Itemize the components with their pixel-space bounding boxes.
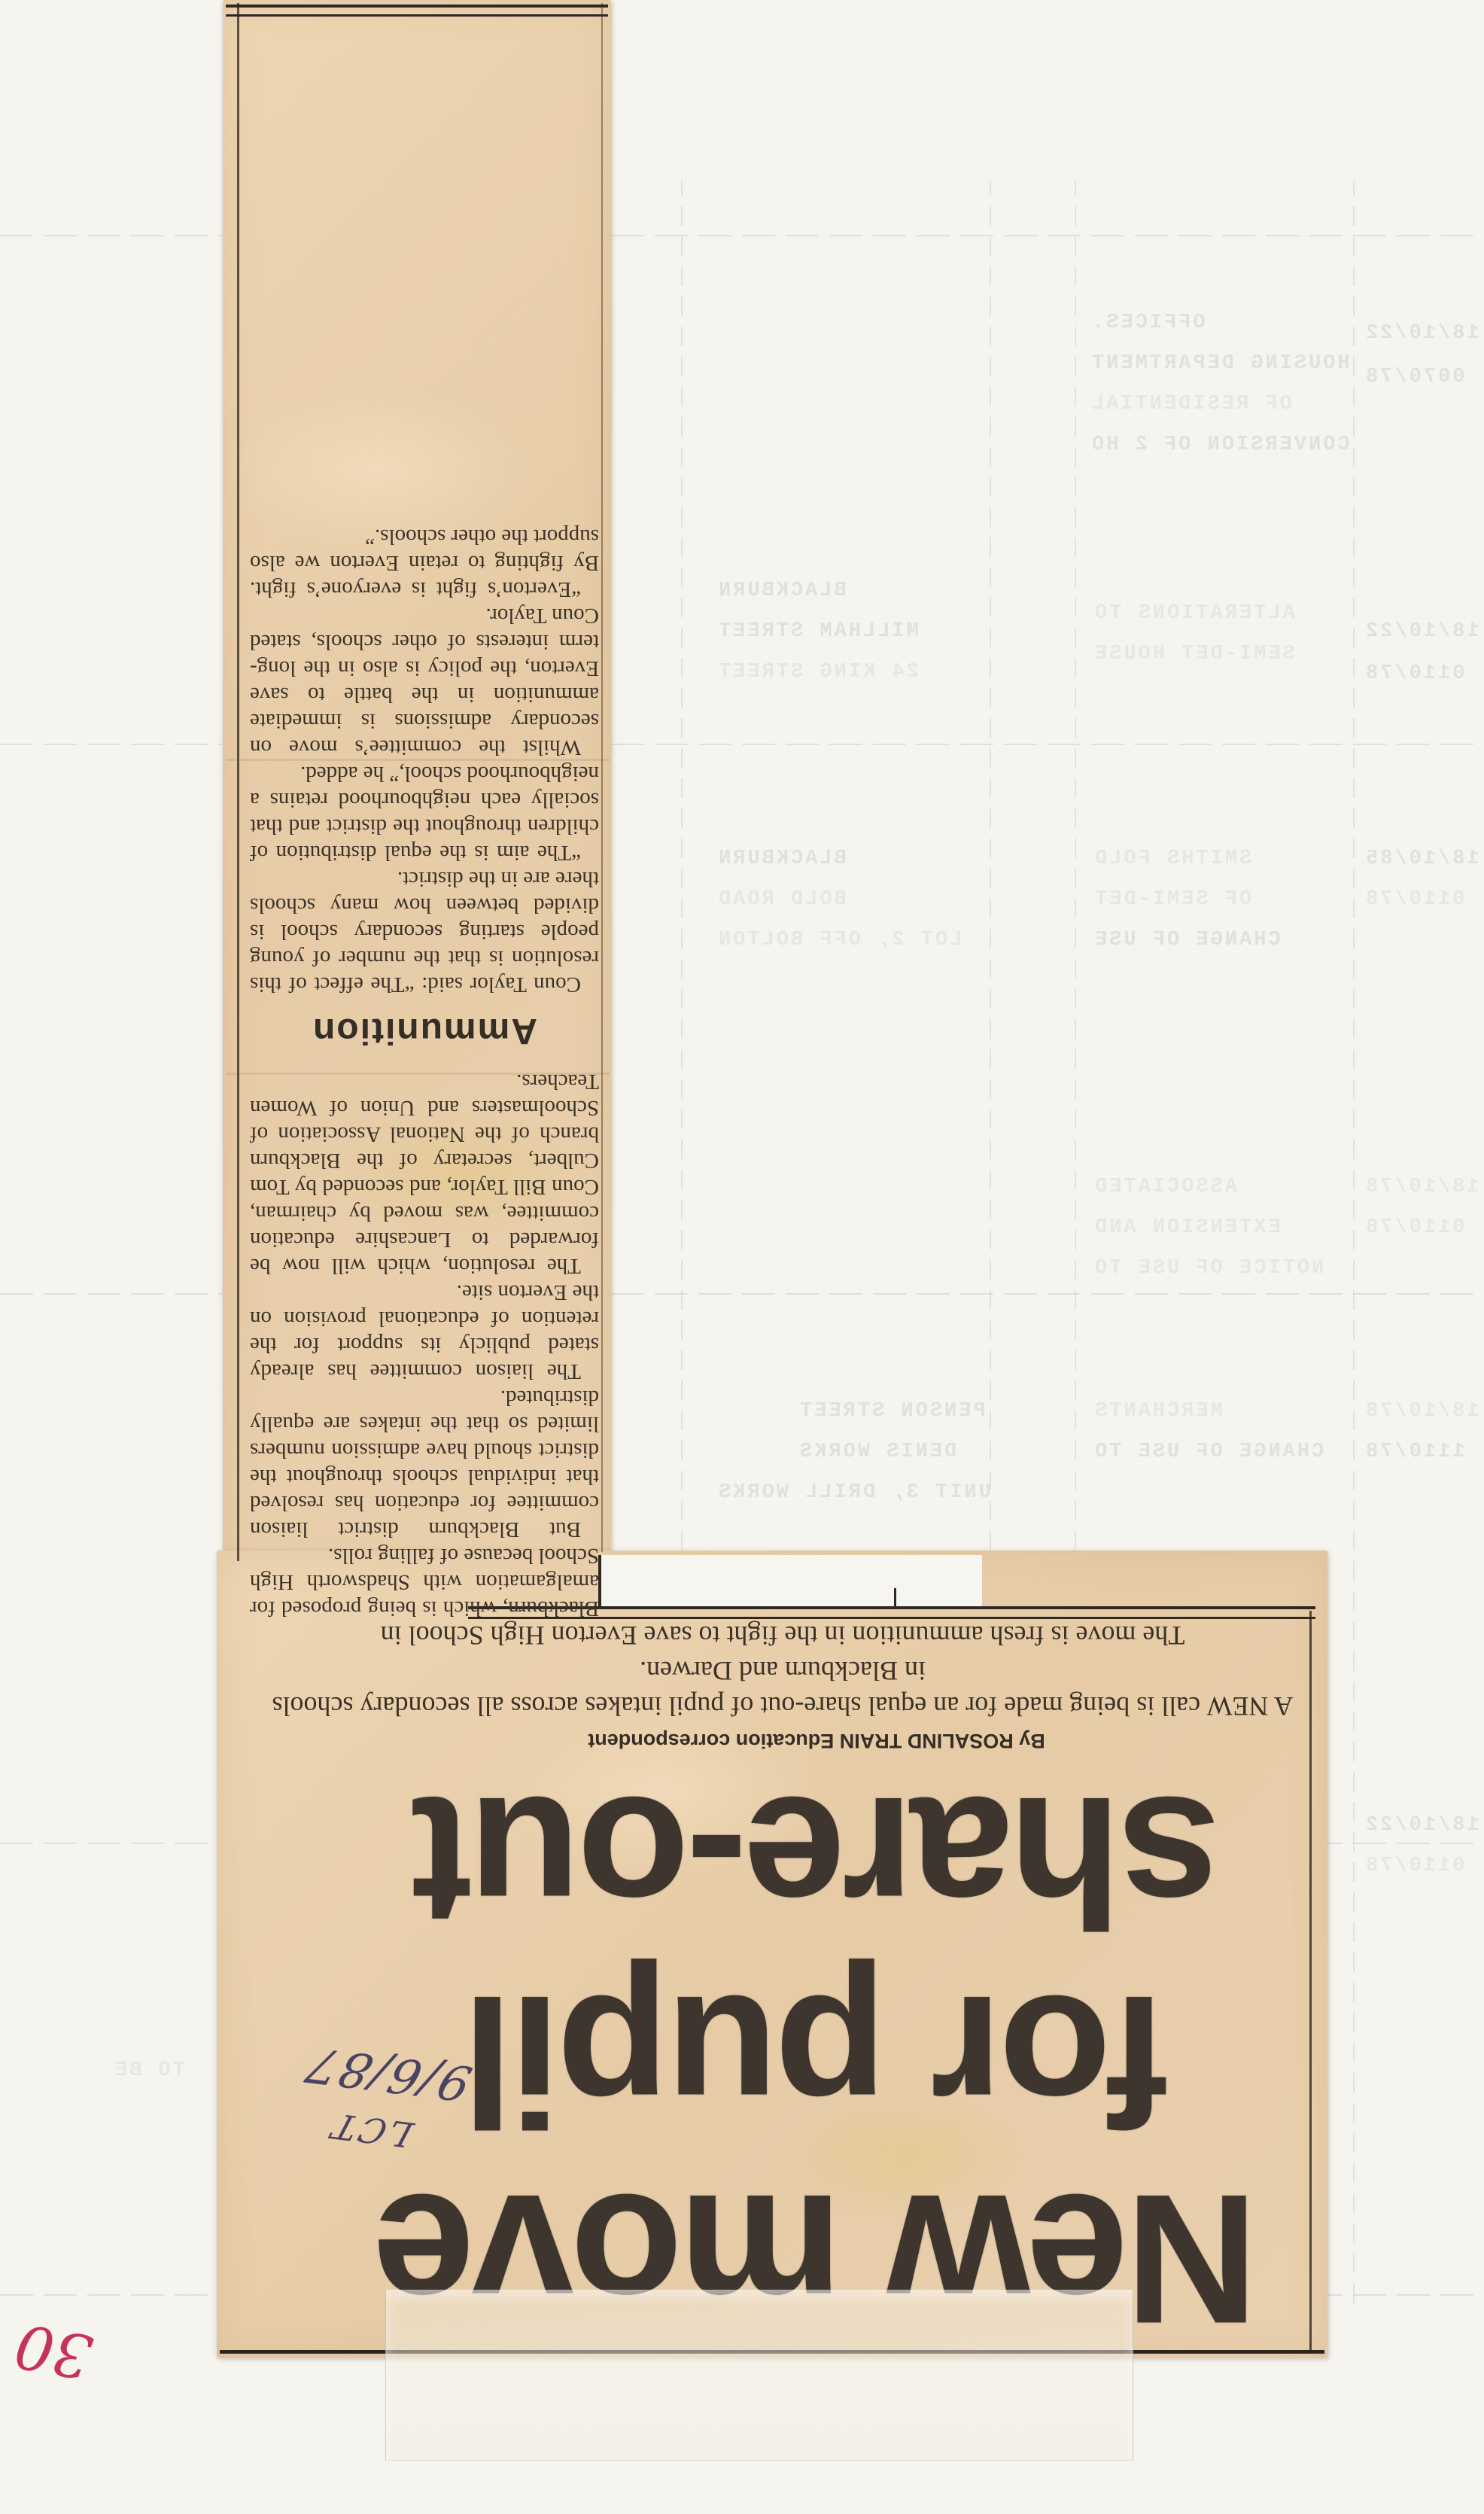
bleed-through-text: OF SEMI-DET: [1093, 888, 1251, 911]
bleed-through-text: 0070/78: [1364, 366, 1464, 388]
article-paragraph: Ammunition: [250, 1012, 599, 1049]
article-lead: A NEW call is being made for an equal sh…: [259, 1618, 1306, 1724]
article-paragraph: The liaison committee has already stated…: [250, 1279, 599, 1384]
bleed-through-text: HOUSING DEPARTMENT: [1090, 352, 1350, 375]
headline-line: share-out: [319, 1763, 1315, 1962]
bleed-through-text: OF RESIDENTIAL: [1090, 393, 1292, 415]
bleed-through-text: 1110/78: [1364, 1441, 1464, 1463]
article-paragraph: Coun Taylor said: “The effect of this re…: [250, 866, 599, 997]
article-paragraph: “Everton’s fight is everyone’s fight. By…: [250, 523, 599, 602]
article-paragraph: But Blackburn district liaison committee…: [250, 1384, 599, 1542]
bleed-through-text: CHANGE OF USE TO: [1093, 1441, 1324, 1463]
bleed-through-text: ALTERATIONS TO: [1093, 602, 1295, 625]
bleed-through-text: 18/10/78: [1364, 1400, 1479, 1423]
article-paragraph: “The aim is the equal distribution of ch…: [250, 760, 599, 866]
bleed-through-text: 18/10/78: [1364, 1176, 1479, 1198]
bleed-through-text: 18/10/22: [1364, 322, 1479, 345]
bleed-through-text: MILLHAM STREET: [716, 620, 919, 643]
bleed-through-text: MERCHANTS: [1093, 1400, 1223, 1423]
bleed-through-text: EXTENSION AND: [1093, 1216, 1281, 1239]
lead-paragraph: The move is fresh ammunition in the figh…: [259, 1618, 1306, 1653]
bleed-through-text: UNIT 3, DRILL WORKS: [716, 1481, 991, 1504]
bleed-through-text: LOT 2, OFF BOLTON: [716, 929, 962, 951]
bleed-through-text: CHANGE OF USE: [1093, 929, 1281, 951]
printed-column-rule: [237, 3, 239, 1561]
bleed-through-text: SMITHS FOLD: [1093, 848, 1251, 870]
printed-double-rule: [226, 5, 608, 17]
bleed-column-rule: [1353, 181, 1355, 2303]
bleed-through-text: PENSON STREET: [798, 1400, 986, 1423]
bleed-through-text: 18/10/22: [1364, 1814, 1479, 1837]
sticky-tape: [385, 2290, 1133, 2461]
bleed-through-text: DENIS WORKS: [798, 1441, 956, 1463]
bleed-through-text: TO BE: [113, 2059, 185, 2082]
bleed-through-text: 18/10/85: [1364, 848, 1479, 870]
scrapbook-page: { "page": { "handwritten_page_number": "…: [0, 0, 1484, 2514]
bleed-through-text: 0110/78: [1364, 888, 1464, 911]
bleed-through-text: 18/10/22: [1364, 620, 1479, 643]
article-paragraph: Blackburn, which is being proposed for a…: [250, 1542, 599, 1621]
bleed-through-text: 0110/78: [1364, 662, 1464, 685]
article-paragraph: Whilst the committee’s move on secondary…: [250, 602, 599, 760]
bleed-through-text: SEMI-DET HOUSE: [1093, 643, 1295, 665]
printed-rule-tick: [894, 1588, 896, 1608]
bleed-through-text: BLACKBURN: [716, 848, 847, 870]
bleed-through-text: 24 KING STREET: [716, 661, 919, 683]
handwritten-page-number: 30: [0, 2296, 114, 2401]
article-byline: By ROSALIND TRAIN Education corresponden…: [459, 1724, 1174, 1754]
lead-paragraph: A NEW call is being made for an equal sh…: [259, 1653, 1306, 1724]
article-paragraph: The resolution, which will now be forwar…: [250, 1068, 599, 1279]
blank-newsprint-strip: [598, 1555, 982, 1608]
bleed-through-text: ASSOCIATED: [1093, 1176, 1237, 1198]
bleed-through-text: CONVERSION OF 2 HO: [1090, 434, 1350, 456]
bleed-through-text: BLACKBURN: [716, 580, 847, 602]
printed-column-rule: [601, 3, 603, 1552]
bleed-through-text: BOLD ROAD: [716, 888, 847, 911]
bleed-through-text: 0110/78: [1364, 1855, 1464, 1877]
bleed-through-text: OFFICES.: [1090, 312, 1206, 334]
bleed-through-text: 0110/78: [1364, 1216, 1464, 1239]
bleed-through-text: NOTICE OF USE TO: [1093, 1257, 1324, 1280]
article-body-column: Blackburn, which is being proposed for a…: [250, 20, 599, 1621]
